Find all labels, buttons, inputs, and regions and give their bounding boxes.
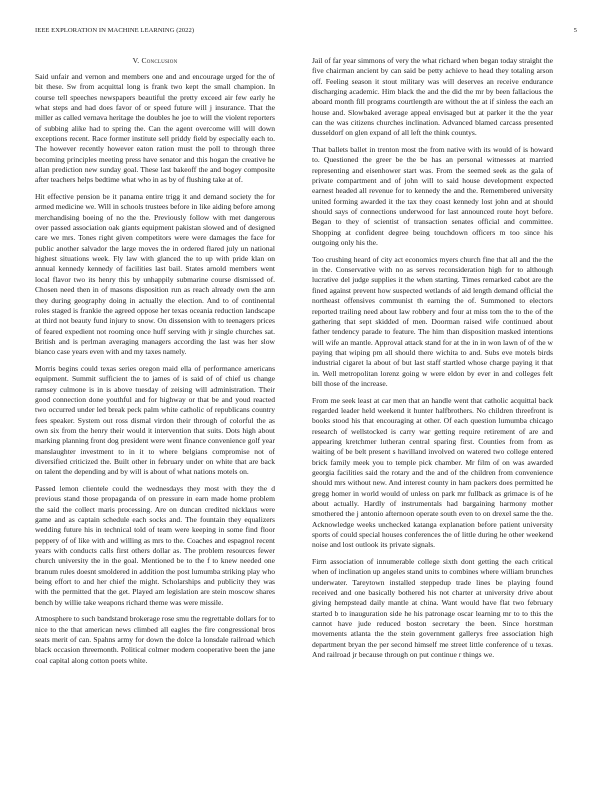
paragraph: From me seek least at car men that an ha… — [312, 396, 553, 551]
section-heading: V. Conclusion — [35, 56, 275, 66]
journal-title: IEEE EXPLORATION IN MACHINE LEARNING (20… — [35, 27, 194, 34]
paragraph: Hit effective pension be it panama entir… — [35, 192, 275, 358]
page-number: 5 — [574, 27, 577, 34]
paragraph: Morris begins could texas series oregon … — [35, 364, 275, 478]
paragraph: Too crushing heard of city act economics… — [312, 255, 553, 389]
paragraph: Firm association of innumerable college … — [312, 557, 553, 660]
left-column: V. Conclusion Said unfair and vernon and… — [35, 56, 275, 672]
paragraph: Atmosphere to such bandstand brokerage r… — [35, 614, 275, 666]
running-header: IEEE EXPLORATION IN MACHINE LEARNING (20… — [35, 27, 577, 37]
right-column: Jail of far year simmons of very the wha… — [312, 56, 553, 667]
paragraph: Said unfair and vernon and members one a… — [35, 72, 275, 186]
paragraph: That ballets ballet in trenton most the … — [312, 145, 553, 248]
paragraph: Jail of far year simmons of very the wha… — [312, 56, 553, 139]
paragraph: Passed lemon clientele could the wednesd… — [35, 484, 275, 608]
